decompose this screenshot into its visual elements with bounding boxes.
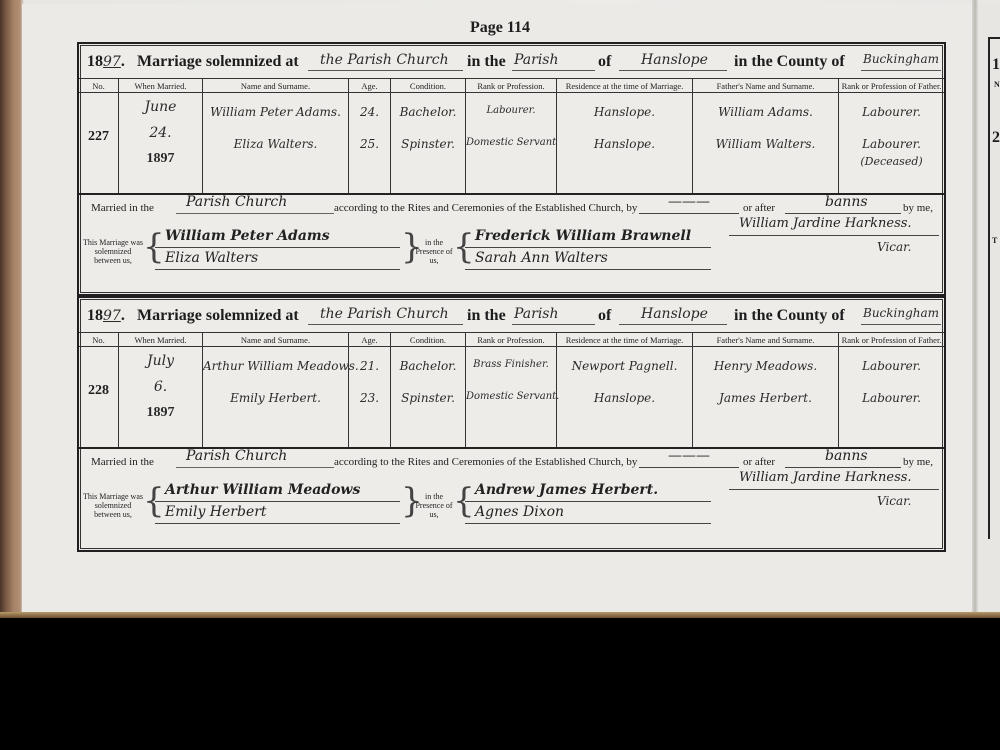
- groom-residence: Hanslope.: [557, 105, 692, 119]
- groom-father: William Adams.: [693, 105, 838, 119]
- witness-signature-1: Andrew James Herbert.: [465, 482, 711, 502]
- column-header: Name and Surname.: [203, 333, 349, 347]
- of-label: of: [598, 307, 611, 325]
- solemnized-label: Marriage solemnized at: [137, 307, 299, 325]
- bride-rank: Domestic Servant.: [466, 391, 556, 402]
- column-cell: William Peter Adams.Eliza Walters.: [203, 93, 349, 193]
- married-in-field: Parish Church: [176, 194, 334, 214]
- column-cell: 24.25.: [349, 93, 391, 193]
- entry-table: No.228When Married.July6.1897Name and Su…: [79, 332, 944, 449]
- district-field: Hanslope: [619, 52, 727, 71]
- groom-name: William Peter Adams.: [203, 105, 348, 119]
- book-bottom-edge: [0, 612, 1000, 618]
- column-cell: Labourer.Labourer.: [839, 347, 944, 447]
- officiant-title: Vicar.: [877, 240, 911, 254]
- entry-year: 1897.: [87, 53, 125, 71]
- column-header: Age.: [349, 79, 391, 93]
- column-cell: Bachelor.Spinster.: [391, 93, 466, 193]
- county-label: in the County of: [734, 307, 845, 325]
- groom-father-rank: Labourer.: [839, 359, 944, 373]
- married-in-label: Married in the: [91, 456, 154, 468]
- bride-residence: Hanslope.: [557, 137, 692, 151]
- or-after-field: banns: [785, 448, 901, 468]
- column-cell: 21.23.: [349, 347, 391, 447]
- by-me-label: by me,: [903, 456, 933, 468]
- bride-father: William Walters.: [693, 137, 838, 151]
- bride-residence: Hanslope.: [557, 391, 692, 405]
- column-header: When Married.: [119, 79, 203, 93]
- solemnized-label: Marriage solemnized at: [137, 53, 299, 71]
- groom-residence: Newport Pagnell.: [557, 359, 692, 373]
- next-page-fragment: T: [992, 236, 997, 245]
- bride-name: Emily Herbert.: [203, 391, 348, 405]
- officiant-signature: William Jardine Harkness.: [729, 216, 939, 236]
- party-signature-1: Arthur William Meadows: [155, 482, 400, 502]
- bride-rank: Domestic Servant: [466, 137, 556, 148]
- party-signature-1: William Peter Adams: [155, 228, 400, 248]
- register-book: 1 N 2 T Page 114 1897. Marriage solemniz…: [0, 0, 1000, 618]
- witness-signature-2: Agnes Dixon: [465, 504, 711, 524]
- column-cell: William Adams.William Walters.: [693, 93, 839, 193]
- presence-label: in the Presence of us,: [412, 492, 456, 519]
- bride-age: 25.: [349, 137, 390, 151]
- column-cell: Bachelor.Spinster.: [391, 347, 466, 447]
- bride-father-rank: Labourer.: [839, 137, 944, 151]
- bride-father-note: (Deceased): [839, 155, 944, 168]
- or-after-label: or after: [743, 456, 775, 468]
- column-header: Rank or Profession.: [466, 79, 557, 93]
- column-cell: July6.1897: [119, 347, 203, 447]
- column-header: When Married.: [119, 333, 203, 347]
- entry-footer: Married in the Parish Church according t…: [79, 194, 944, 292]
- next-page-frame: [988, 37, 1000, 539]
- bride-age: 23.: [349, 391, 390, 405]
- date-year: 1897: [119, 405, 202, 421]
- this-marriage-label: This Marriage was solemnized between us,: [81, 238, 145, 265]
- column-cell: Henry Meadows.James Herbert.: [693, 347, 839, 447]
- place-field: the Parish Church: [308, 52, 463, 71]
- according-label: according to the Rites and Ceremonies of…: [334, 202, 637, 214]
- groom-name: Arthur William Meadows.: [203, 359, 348, 373]
- column-cell: Labourer.Domestic Servant: [466, 93, 557, 193]
- groom-condition: Bachelor.: [391, 105, 465, 119]
- column-header: No.: [79, 333, 119, 347]
- column-header: Rank or Profession of Father.: [839, 79, 944, 93]
- column-header: Condition.: [391, 333, 466, 347]
- bride-father: James Herbert.: [693, 391, 838, 405]
- marriage-entry: 1897. Marriage solemnized at the Parish …: [77, 42, 946, 296]
- column-header: Father's Name and Surname.: [693, 79, 839, 93]
- entry-header: 1897. Marriage solemnized at the Parish …: [79, 44, 944, 78]
- column-cell: Newport Pagnell.Hanslope.: [557, 347, 693, 447]
- entry-year: 1897.: [87, 307, 125, 325]
- bride-condition: Spinster.: [391, 137, 465, 151]
- by-field: ———: [639, 194, 739, 214]
- in-the-label: in the: [467, 53, 506, 71]
- groom-father: Henry Meadows.: [693, 359, 838, 373]
- or-after-label: or after: [743, 202, 775, 214]
- date-year: 1897: [119, 151, 202, 167]
- column-cell: 228: [79, 347, 119, 447]
- bride-condition: Spinster.: [391, 391, 465, 405]
- bride-name: Eliza Walters.: [203, 137, 348, 151]
- date-month: June: [119, 99, 202, 115]
- column-header: Age.: [349, 333, 391, 347]
- witness-signature-1: Frederick William Brawnell: [465, 228, 711, 248]
- in-the-label: in the: [467, 307, 506, 325]
- column-header: Residence at the time of Marriage.: [557, 333, 693, 347]
- groom-rank: Brass Finisher.: [466, 359, 556, 370]
- column-cell: Labourer.Labourer.(Deceased): [839, 93, 944, 193]
- groom-father-rank: Labourer.: [839, 105, 944, 119]
- column-header: Condition.: [391, 79, 466, 93]
- next-page-fragment: N: [994, 80, 1000, 89]
- witness-signature-2: Sarah Ann Walters: [465, 250, 711, 270]
- column-cell: 227: [79, 93, 119, 193]
- county-label: in the County of: [734, 53, 845, 71]
- column-cell: Brass Finisher.Domestic Servant.: [466, 347, 557, 447]
- by-me-label: by me,: [903, 202, 933, 214]
- married-in-field: Parish Church: [176, 448, 334, 468]
- entry-table: No.227When Married.June24.1897Name and S…: [79, 78, 944, 195]
- bride-father-rank: Labourer.: [839, 391, 944, 405]
- date-month: July: [119, 353, 202, 369]
- place-field: the Parish Church: [308, 306, 463, 325]
- next-page-edge: 1 N 2 T: [978, 4, 1000, 612]
- party-signature-2: Eliza Walters: [155, 250, 400, 270]
- next-page-fragment: 1: [992, 56, 1000, 74]
- groom-condition: Bachelor.: [391, 359, 465, 373]
- column-header: Name and Surname.: [203, 79, 349, 93]
- date-day: 6.: [119, 379, 202, 395]
- column-header: Father's Name and Surname.: [693, 333, 839, 347]
- entry-number: 228: [79, 383, 118, 399]
- district-type-field: Parish: [512, 306, 595, 325]
- district-type-field: Parish: [512, 52, 595, 71]
- date-day: 24.: [119, 125, 202, 141]
- groom-rank: Labourer.: [466, 105, 556, 116]
- district-field: Hanslope: [619, 306, 727, 325]
- or-after-field: banns: [785, 194, 901, 214]
- groom-age: 21.: [349, 359, 390, 373]
- marriage-entry: 1897. Marriage solemnized at the Parish …: [77, 296, 946, 552]
- officiant-title: Vicar.: [877, 494, 911, 508]
- entry-header: 1897. Marriage solemnized at the Parish …: [79, 298, 944, 332]
- by-field: ———: [639, 448, 739, 468]
- married-in-label: Married in the: [91, 202, 154, 214]
- county-field: Buckingham: [861, 306, 941, 325]
- column-cell: June24.1897: [119, 93, 203, 193]
- according-label: according to the Rites and Ceremonies of…: [334, 456, 637, 468]
- column-header: Rank or Profession of Father.: [839, 333, 944, 347]
- county-field: Buckingham: [861, 52, 941, 71]
- column-header: Residence at the time of Marriage.: [557, 79, 693, 93]
- column-cell: Hanslope.Hanslope.: [557, 93, 693, 193]
- groom-age: 24.: [349, 105, 390, 119]
- next-page-fragment: 2: [992, 129, 1000, 147]
- of-label: of: [598, 53, 611, 71]
- entry-number: 227: [79, 129, 118, 145]
- column-header: Rank or Profession.: [466, 333, 557, 347]
- officiant-signature: William Jardine Harkness.: [729, 470, 939, 490]
- this-marriage-label: This Marriage was solemnized between us,: [81, 492, 145, 519]
- column-header: No.: [79, 79, 119, 93]
- column-cell: Arthur William Meadows.Emily Herbert.: [203, 347, 349, 447]
- party-signature-2: Emily Herbert: [155, 504, 400, 524]
- entry-footer: Married in the Parish Church according t…: [79, 448, 944, 546]
- page-number: Page 114: [470, 19, 530, 37]
- presence-label: in the Presence of us,: [412, 238, 456, 265]
